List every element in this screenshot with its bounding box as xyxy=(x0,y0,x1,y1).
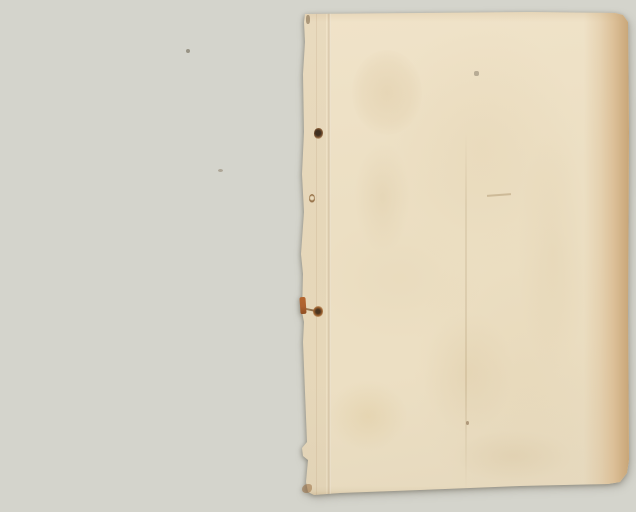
speck-lower-center xyxy=(466,421,469,425)
yellow-stain-lower-left xyxy=(328,380,408,452)
stitch-hole-middle xyxy=(309,194,315,203)
water-stain-right xyxy=(518,132,588,372)
stitch-hole-top xyxy=(314,128,323,139)
speck-upper-right xyxy=(474,71,479,76)
booklet-back-cover xyxy=(300,12,630,495)
water-stain-lower-middle xyxy=(423,312,513,432)
foxing-stain-upper xyxy=(352,50,422,135)
scratch-right xyxy=(487,193,511,197)
binding-crease-line xyxy=(327,12,331,495)
center-fold-crease xyxy=(465,132,467,492)
foxing-stain-upper-2 xyxy=(355,142,410,252)
dust-speck-2 xyxy=(218,169,223,172)
booklet xyxy=(300,12,630,495)
corner-fleck-top-left xyxy=(306,15,310,24)
dust-speck-1 xyxy=(186,49,190,53)
foxing-stain-bottom-center xyxy=(453,430,573,482)
photo-background xyxy=(0,0,636,512)
binding-shade xyxy=(300,12,326,495)
staple-hole xyxy=(313,306,323,317)
staple-wire xyxy=(304,308,318,313)
binding-crease-line-2 xyxy=(316,12,317,495)
